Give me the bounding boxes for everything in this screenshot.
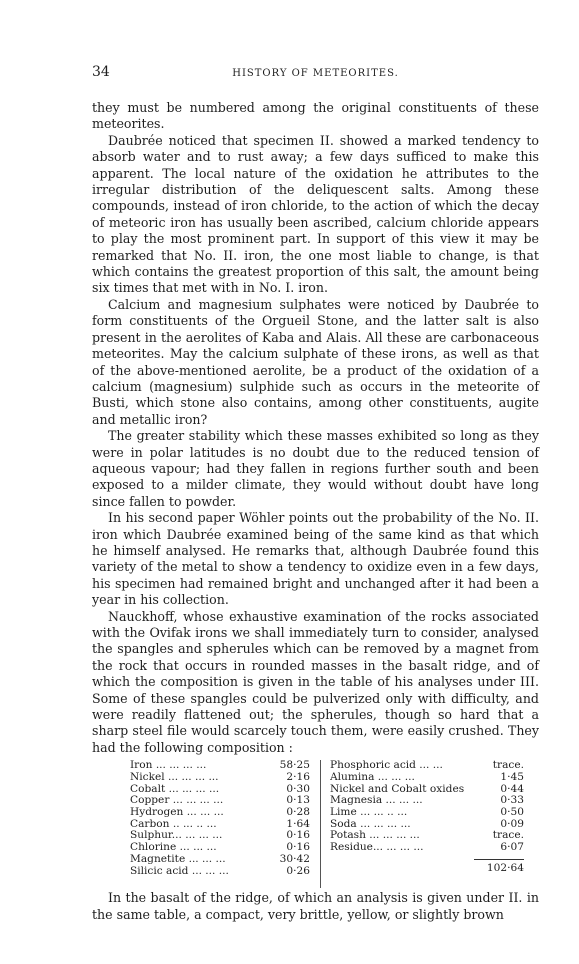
component-value: 0·28 [262,807,310,819]
paragraph: they must be numbered among the original… [92,100,539,133]
table-row: Magnesia ... ... ...0·33 [330,795,524,807]
component-label: Phosphoric acid ... ... [330,760,476,772]
total-value: 102·64 [476,863,524,875]
table-row: Nickel and Cobalt oxides0·44 [330,784,524,796]
component-label: Lime ... ... .. ... [330,807,476,819]
component-label: Copper ... ... ... ... [130,795,262,807]
paragraph: Nauckhoff, whose exhaustive examination … [92,609,539,757]
table-row: Copper ... ... ... ...0·13 [130,795,310,807]
composition-table: Iron ... ... ... ...58·25 Nickel ... ...… [130,760,520,888]
component-label: Cobalt ... ... ... ... [130,784,262,796]
paragraph: In his second paper Wöhler points out th… [92,510,539,608]
table-row: Cobalt ... ... ... ...0·30 [130,784,310,796]
component-label: Chlorine ... ... ... [130,842,262,854]
component-label: Soda ... ... ... ... [330,819,476,831]
component-value: 0·50 [476,807,524,819]
table-row: Residue... ... ... ...6·07 [330,842,524,854]
component-value: 0·26 [262,866,310,878]
body-text: they must be numbered among the original… [92,100,539,923]
paragraph: Calcium and magnesium sulphates were not… [92,297,539,428]
paragraph: Daubrée noticed that specimen II. showed… [92,133,539,297]
component-label: Carbon .. ... .. ... [130,819,262,831]
table-row: Alumina ... ... ...1·45 [330,772,524,784]
component-label: Potash ... ... ... ... [330,830,476,842]
component-label: Alumina ... ... ... [330,772,476,784]
table-row: Potash ... ... ... ...trace. [330,830,524,842]
component-label: Silicic acid ... ... ... [130,866,262,878]
composition-column-right: Phosphoric acid ... ...trace. Alumina ..… [330,760,524,874]
component-value: 1·45 [476,772,524,784]
total-rule [474,859,524,860]
column-divider [320,760,321,888]
component-value: 6·07 [476,842,524,854]
table-row: Silicic acid ... ... ...0·26 [130,866,310,878]
table-row: Hydrogen ... ... ...0·28 [130,807,310,819]
paragraph: In the basalt of the ridge, of which an … [92,890,539,923]
table-row: Lime ... ... .. ...0·50 [330,807,524,819]
component-label: Hydrogen ... ... ... [130,807,262,819]
component-label: Nickel and Cobalt oxides [330,784,476,796]
paragraph: The greater stability which these masses… [92,428,539,510]
composition-column-left: Iron ... ... ... ...58·25 Nickel ... ...… [130,760,310,877]
running-head: 34 HISTORY OF METEORITES. [92,66,539,86]
table-row: Nickel ... ... ... ...2·16 [130,772,310,784]
table-row: Carbon .. ... .. ...1·64 [130,819,310,831]
total-row: 102·64 [330,863,524,875]
total-spacer [330,863,476,875]
component-label: Magnetite ... ... ... [130,854,262,866]
component-label: Nickel ... ... ... ... [130,772,262,784]
component-value: 30·42 [262,854,310,866]
component-value: 2·16 [262,772,310,784]
table-row: Iron ... ... ... ...58·25 [130,760,310,772]
component-label: Magnesia ... ... ... [330,795,476,807]
table-row: Magnetite ... ... ...30·42 [130,854,310,866]
component-label: Iron ... ... ... ... [130,760,262,772]
book-page: 34 HISTORY OF METEORITES. they must be n… [92,60,539,923]
component-label: Sulphur... ... ... ... [130,830,262,842]
table-row: Phosphoric acid ... ...trace. [330,760,524,772]
component-label: Residue... ... ... ... [330,842,476,854]
table-row: Sulphur... ... ... ...0·16 [130,830,310,842]
running-title: HISTORY OF METEORITES. [92,68,539,79]
